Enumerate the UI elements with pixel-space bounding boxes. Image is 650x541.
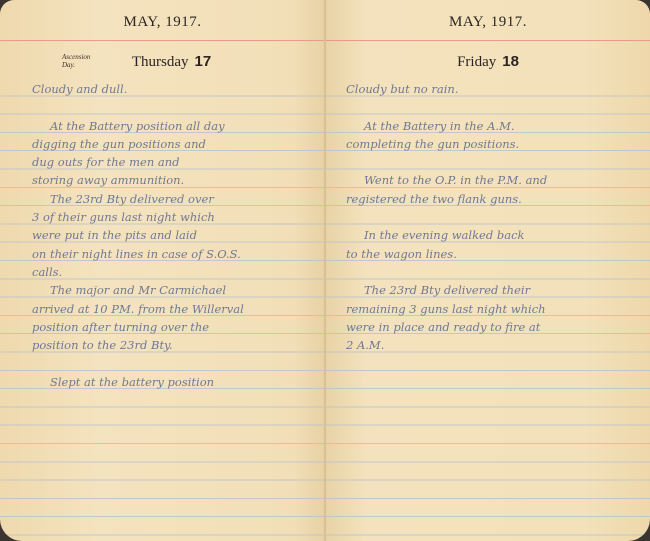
weekday: Thursday (132, 54, 189, 70)
entry-line: position after turning over the (26, 318, 325, 336)
entry-line (26, 98, 325, 116)
entry-line: registered the two flank guns. (340, 190, 650, 208)
entry-line: were put in the pits and laid (26, 226, 325, 244)
left-page: MAY, 1917. Ascension Day. Thursday17 Clo… (0, 0, 325, 541)
weekday: Friday (457, 54, 496, 70)
entry-line: to the wagon lines. (340, 245, 650, 263)
day-heading: Friday18 (326, 53, 650, 71)
entry-line: At the Battery position all day (26, 117, 325, 135)
right-page: MAY, 1917. Friday18 Cloudy but no rain.A… (326, 0, 650, 541)
entry-line: digging the gun positions and (26, 135, 325, 153)
page-corner (0, 527, 8, 541)
month-header: MAY, 1917. (326, 14, 650, 31)
month-header: MAY, 1917. (0, 14, 325, 31)
entry-line (340, 263, 650, 281)
entry-line: on their night lines in case of S.O.S. (26, 245, 325, 263)
entry-line: The major and Mr Carmichael (26, 281, 325, 299)
handwritten-entry: Cloudy but no rain.At the Battery in the… (340, 80, 650, 354)
red-rule (326, 40, 650, 41)
entry-line (340, 153, 650, 171)
day-number: 17 (194, 53, 211, 70)
red-rule (0, 40, 325, 41)
entry-line: At the Battery in the A.M. (340, 117, 650, 135)
entry-line: Went to the O.P. in the P.M. and (340, 171, 650, 189)
entry-line: The 23rd Bty delivered over (26, 190, 325, 208)
entry-line: The 23rd Bty delivered their (340, 281, 650, 299)
entry-line: 3 of their guns last night which (26, 208, 325, 226)
entry-line (26, 354, 325, 372)
entry-line: calls. (26, 263, 325, 281)
entry-line: remaining 3 guns last night which (340, 300, 650, 318)
handwritten-entry: Cloudy and dull.At the Battery position … (26, 80, 325, 391)
entry-line (340, 208, 650, 226)
entry-line: storing away ammunition. (26, 171, 325, 189)
entry-line: position to the 23rd Bty. (26, 336, 325, 354)
entry-line: Cloudy but no rain. (340, 80, 650, 98)
entry-line: Cloudy and dull. (26, 80, 325, 98)
day-number: 18 (502, 53, 519, 70)
entry-line: completing the gun positions. (340, 135, 650, 153)
day-heading: Thursday17 (0, 53, 325, 71)
entry-line: arrived at 10 PM. from the Willerval (26, 300, 325, 318)
entry-line: dug outs for the men and (26, 153, 325, 171)
entry-line: were in place and ready to fire at (340, 318, 650, 336)
entry-line: 2 A.M. (340, 336, 650, 354)
entry-line: Slept at the battery position (26, 373, 325, 391)
entry-line: In the evening walked back (340, 226, 650, 244)
entry-line (340, 98, 650, 116)
diary-spread: MAY, 1917. Ascension Day. Thursday17 Clo… (0, 0, 650, 541)
